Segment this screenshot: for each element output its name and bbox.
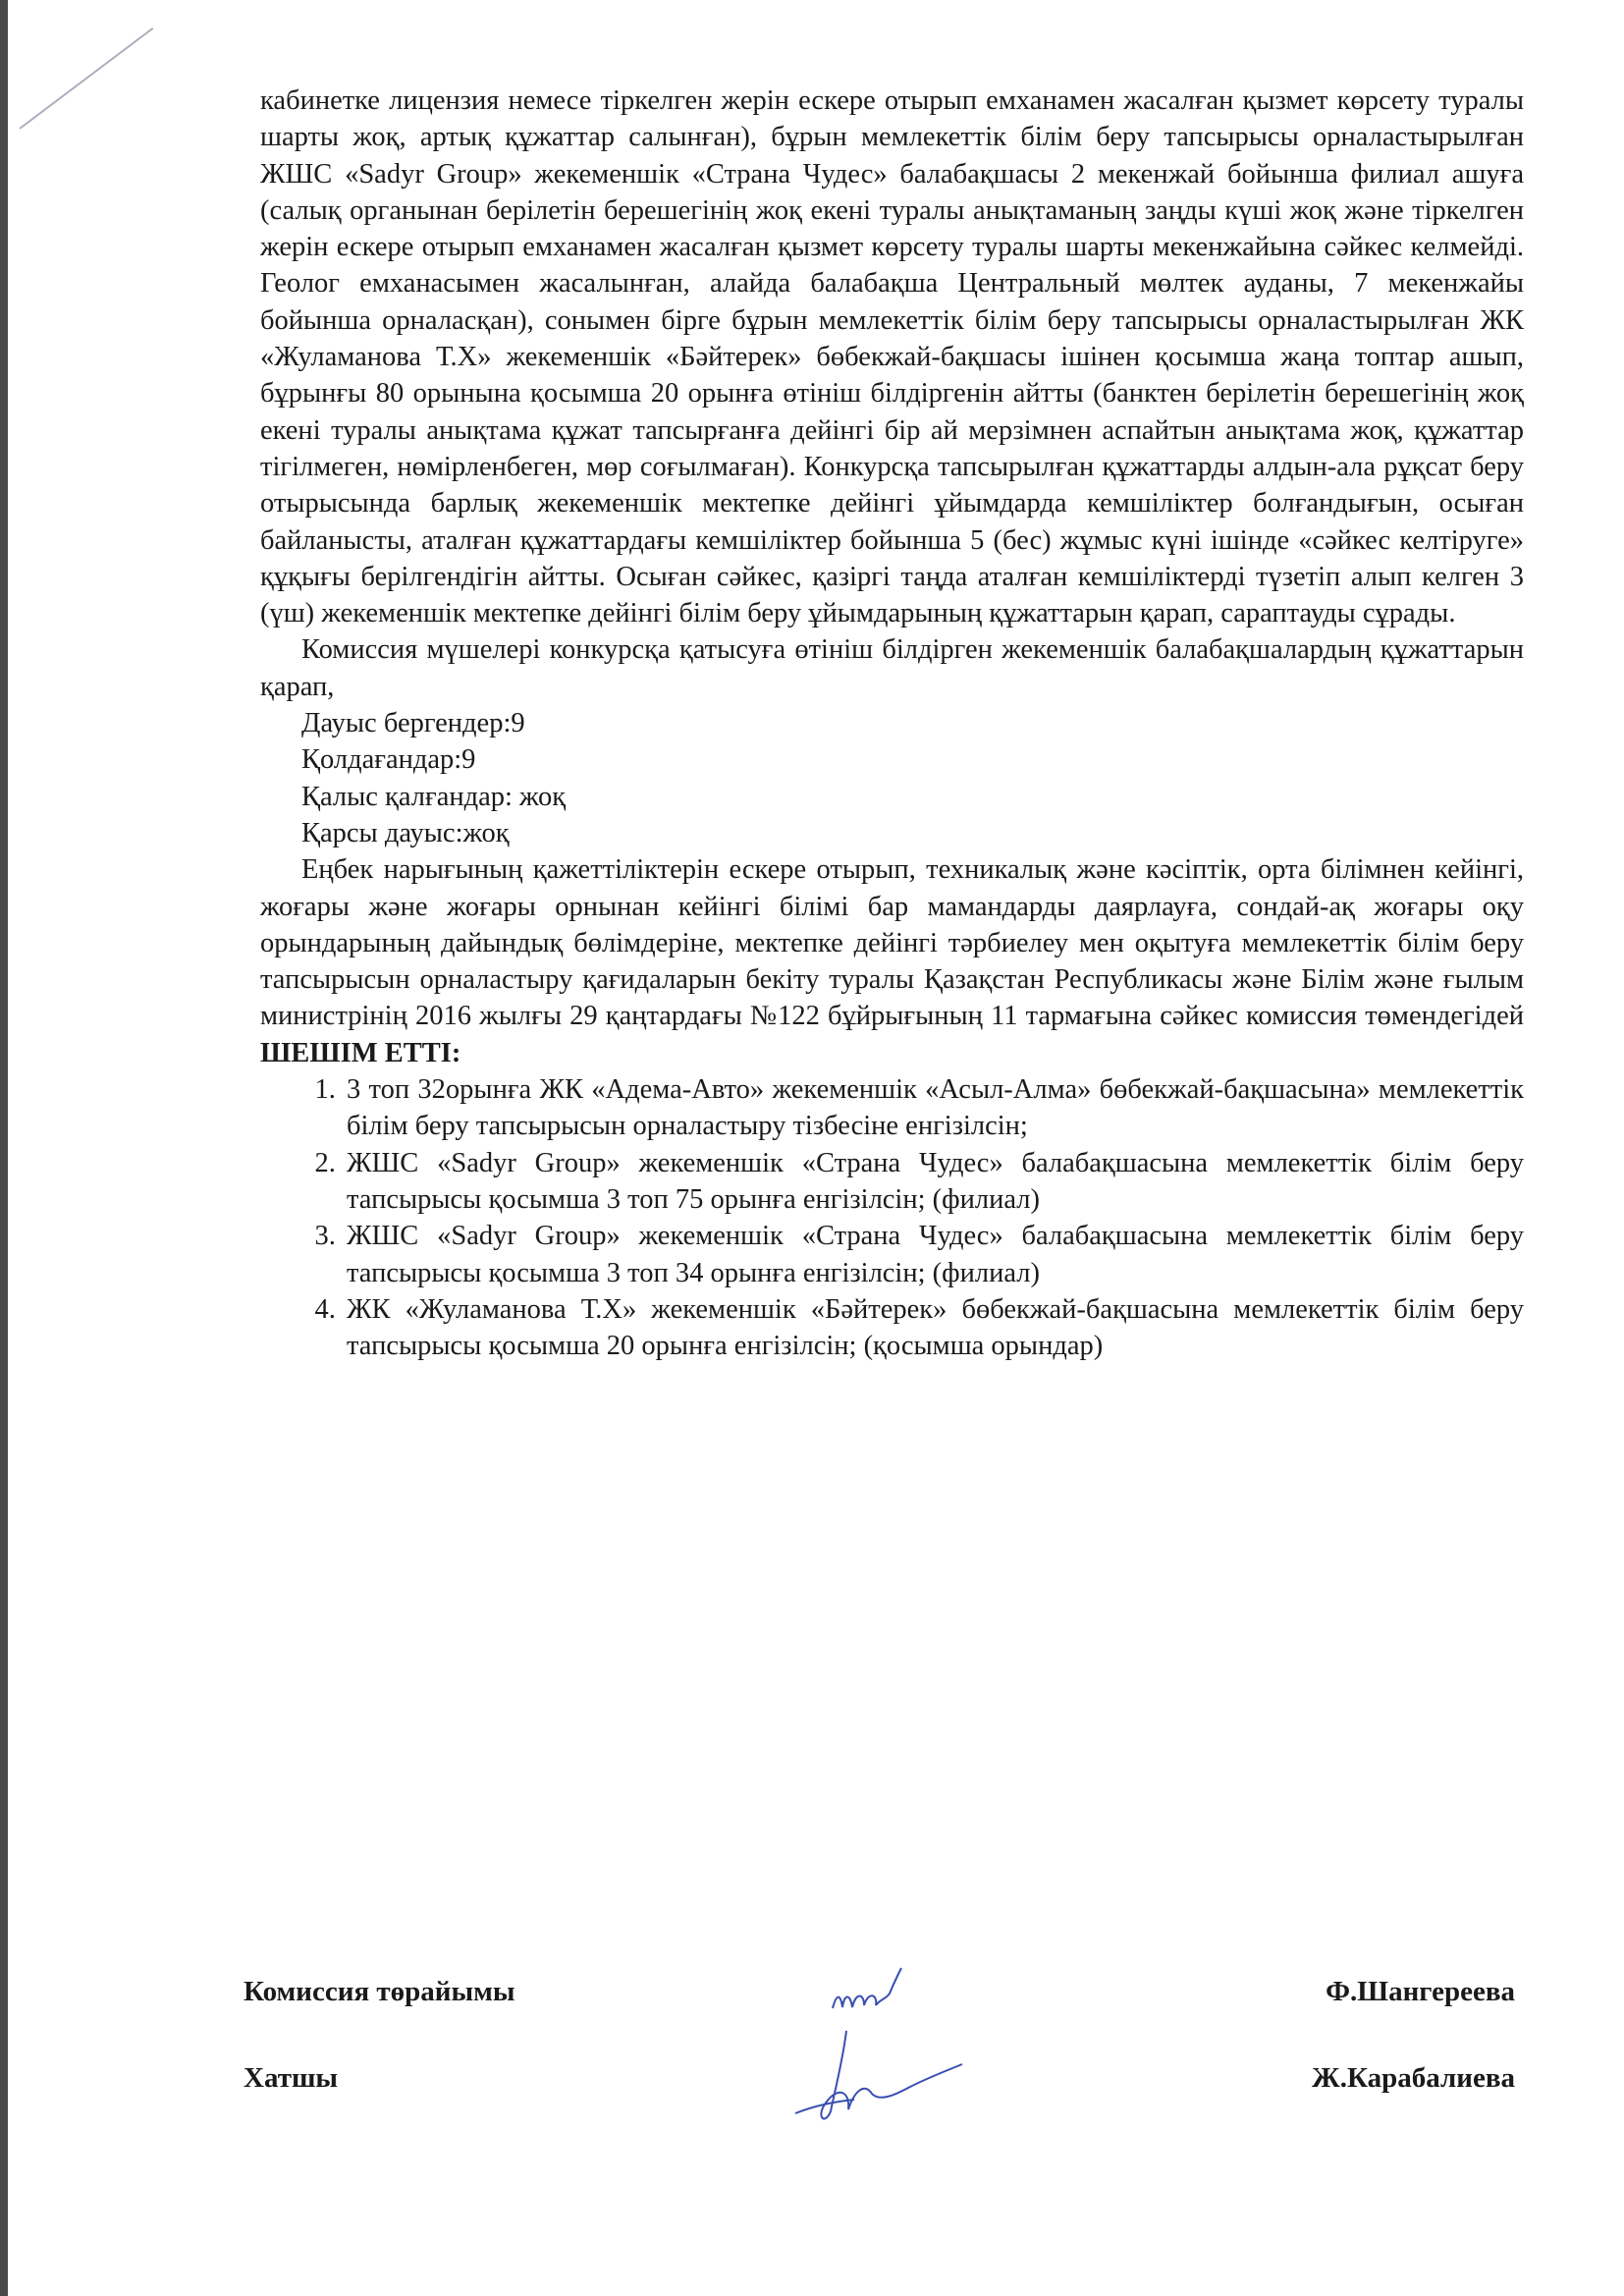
decision-list: 3 топ 32орынға ЖК «Адема-Авто» жекеменші… [260,1071,1524,1364]
vote-supported: Қолдағандар:9 [260,741,1524,778]
paragraph-legal-basis: Еңбек нарығының қажеттіліктерін ескере о… [260,851,1524,1071]
chair-name: Ф.Шангереева [1326,1976,1515,2008]
paragraph-commission-review: Комиссия мүшелері конкурсқа қатысуға өті… [260,631,1524,705]
legal-basis-text: Еңбек нарығының қажеттіліктерін ескере о… [260,854,1524,1031]
decision-heading: ШЕШІМ ЕТТІ: [260,1038,460,1068]
secretary-signature-icon [785,2023,982,2131]
decision-item: 3 топ 32орынға ЖК «Адема-Авто» жекеменші… [343,1071,1524,1145]
secretary-name: Ж.Карабалиева [1312,2062,1515,2095]
vote-voted: Дауыс бергендер:9 [260,705,1524,741]
decision-item: ЖШС «Sadyr Group» жекеменшік «Страна Чуд… [343,1145,1524,1219]
vote-abstained: Қалыс қалғандар: жоқ [260,779,1524,815]
scan-edge [0,0,8,2296]
paragraph-intro: кабинетке лицензия немесе тіркелген жері… [260,82,1524,631]
pen-mark [19,27,153,130]
document-body: кабинетке лицензия немесе тіркелген жері… [260,82,1524,1364]
decision-item: ЖК «Жуламанова Т.Х» жекеменшік «Бәйтерек… [343,1291,1524,1365]
decision-item: ЖШС «Sadyr Group» жекеменшік «Страна Чуд… [343,1218,1524,1291]
chair-signature-icon [825,1964,1001,2023]
chair-role: Комиссия төрайымы [244,1976,515,2008]
secretary-role: Хатшы [244,2062,338,2095]
vote-against: Қарсы дауыс:жоқ [260,815,1524,851]
